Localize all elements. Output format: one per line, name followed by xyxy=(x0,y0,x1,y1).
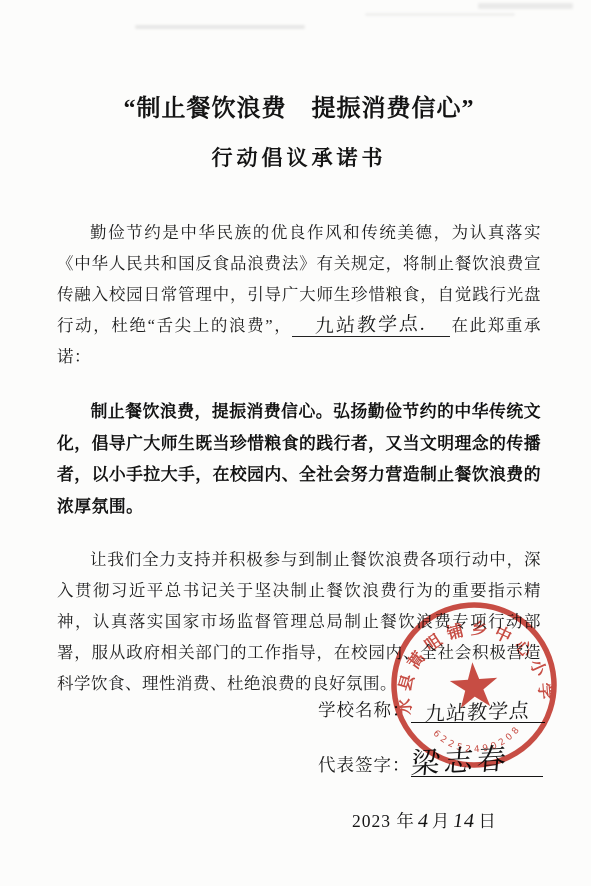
handwritten-school-name-blank: 九站教学点. xyxy=(315,315,428,338)
date-day-label: 日 xyxy=(478,811,497,831)
scan-artifact xyxy=(478,3,573,9)
fill-in-blank-underline: 九站教学点. xyxy=(292,316,450,337)
handwritten-school-name: 九站教学点 xyxy=(424,702,530,724)
paragraph-pledge-bold: 制止餐饮浪费，提振消费信心。弘扬勤俭节约的中华传统文化，倡导广大师生既当珍惜粮食… xyxy=(57,396,541,522)
representative-signature-label: 代表签字： xyxy=(318,755,411,775)
scanned-commitment-letter: “制止餐饮浪费 提振消费信心” 行动倡议承诺书 勤俭节约是中华民族的优良作风和传… xyxy=(0,0,591,886)
handwritten-month-number: 4 xyxy=(413,810,433,833)
document-title-line2: 行动倡议承诺书 xyxy=(57,142,541,172)
school-name-underline: 九站教学点 xyxy=(411,704,545,723)
handwritten-signature: 梁志春 xyxy=(410,752,510,771)
handwritten-day-number: 14 xyxy=(449,810,480,833)
school-name-row: 学校名称：九站教学点 xyxy=(318,697,545,723)
representative-signature-underline: 梁志春 xyxy=(411,759,543,777)
date-row: 2023 年4月14日 xyxy=(352,808,497,833)
document-body: “制止餐饮浪费 提振消费信心” 行动倡议承诺书 勤俭节约是中华民族的优良作风和传… xyxy=(57,88,541,716)
document-title-line1: “制止餐饮浪费 提振消费信心” xyxy=(57,88,541,123)
date-month-label: 月 xyxy=(432,811,451,831)
scan-artifact xyxy=(365,13,515,16)
date-year-text: 2023 年 xyxy=(352,811,415,831)
school-name-label: 学校名称： xyxy=(318,700,411,720)
scan-artifact xyxy=(135,25,305,29)
paragraph-action: 让我们全力支持并积极参与到制止餐饮浪费各项行动中，深入贯彻习近平总书记关于坚决制… xyxy=(57,544,541,699)
paragraph-intro: 勤俭节约是中华民族的优良作风和传统美德，为认真落实《中华人民共和国反食品浪费法》… xyxy=(57,217,541,372)
representative-signature-row: 代表签字：梁志春 xyxy=(318,752,543,777)
